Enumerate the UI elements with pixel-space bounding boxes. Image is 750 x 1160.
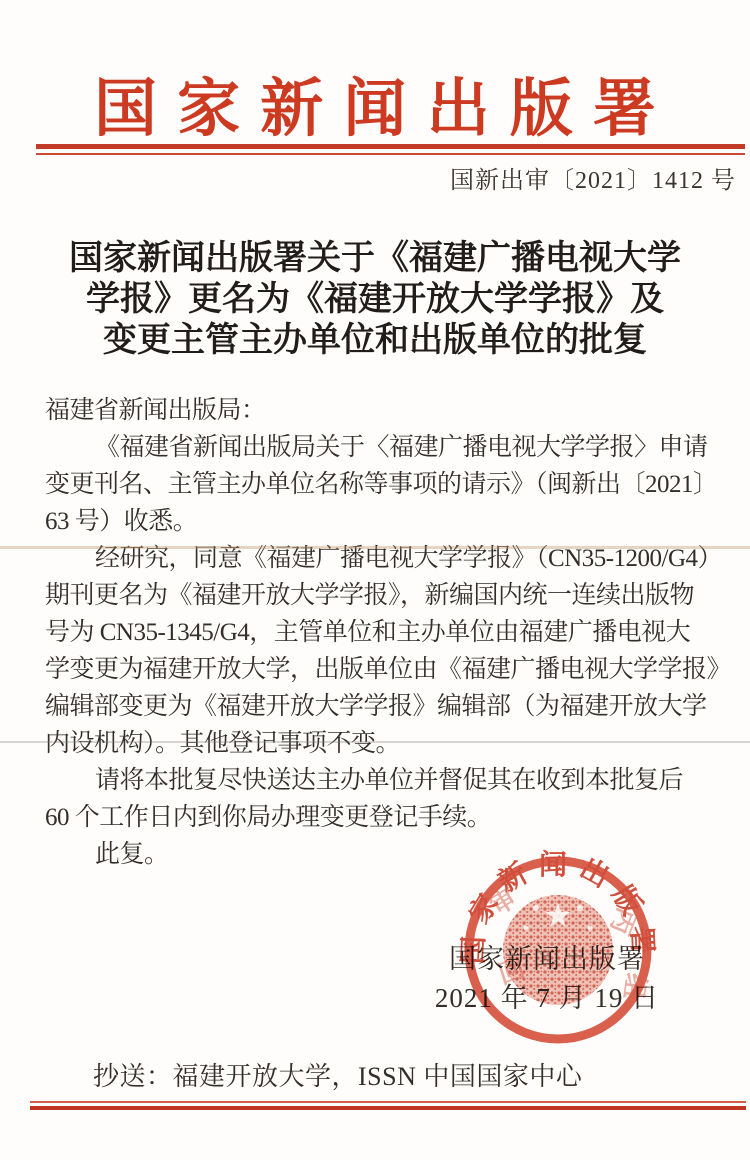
body-line: 期刊更名为《福建开放大学学报》，新编国内统一连续出版物 <box>45 577 715 614</box>
body-line: 内设机构）。其他登记事项不变。 <box>45 725 715 762</box>
footer-rule-thin <box>30 1101 746 1103</box>
official-seal: 国家新闻出版署 审 回 丙 组 <box>452 844 664 1056</box>
body-line: 变更刊名、主管主办单位名称等事项的请示》（闽新出〔2021〕 <box>45 466 715 503</box>
body-line: 63 号）收悉。 <box>45 503 715 540</box>
seal-small-star-icon <box>533 905 539 911</box>
document-title: 国家新闻出版署关于《福建广播电视大学学报》更名为《福建开放大学学报》及变更主管主… <box>0 238 750 361</box>
title-line: 变更主管主办单位和出版单位的批复 <box>0 320 750 361</box>
body-line: 请将本批复尽快送达主办单位并督促其在收到本批复后 <box>45 762 715 799</box>
header-rule-thick <box>36 144 745 149</box>
body-text: 福建省新闻出版局：《福建省新闻出版局关于〈福建广播电视大学学报〉申请变更刊名、主… <box>45 392 715 873</box>
body-line: 号为 CN35-1345/G4，主管单位和主办单位由福建广播电视大 <box>45 614 715 651</box>
body-line: 经研究，同意《福建广播电视大学学报》（CN35-1200/G4） <box>45 540 715 577</box>
cc-line: 抄送：福建开放大学，ISSN 中国国家中心 <box>93 1056 582 1093</box>
footer-rule-thick <box>30 1106 746 1110</box>
document-page: 国家新闻出版署 国新出审〔2021〕1412 号 国家新闻出版署关于《福建广播电… <box>0 0 750 1160</box>
body-line: 福建省新闻出版局： <box>45 392 715 429</box>
doc-number: 国新出审〔2021〕1412 号 <box>450 160 736 195</box>
header-rule-thin <box>36 153 745 155</box>
seal-small-star-icon <box>523 925 528 930</box>
body-line: 学变更为福建开放大学，出版单位由《福建广播电视大学学报》 <box>45 651 715 688</box>
body-line: 编辑部变更为《福建开放大学学报》编辑部（为福建开放大学 <box>45 688 715 725</box>
body-line: 60 个工作日内到你局办理变更登记手续。 <box>45 799 715 836</box>
agency-header-title: 国家新闻出版署 <box>20 58 750 149</box>
title-line: 学报》更名为《福建开放大学学报》及 <box>0 279 750 320</box>
seal-small-star-icon <box>587 925 592 930</box>
seal-small-star-icon <box>577 905 583 911</box>
body-line: 《福建省新闻出版局关于〈福建广播电视大学学报〉申请 <box>45 429 715 466</box>
seal-ghost-mark: 组 <box>618 971 650 1001</box>
title-line: 国家新闻出版署关于《福建广播电视大学 <box>0 238 750 279</box>
